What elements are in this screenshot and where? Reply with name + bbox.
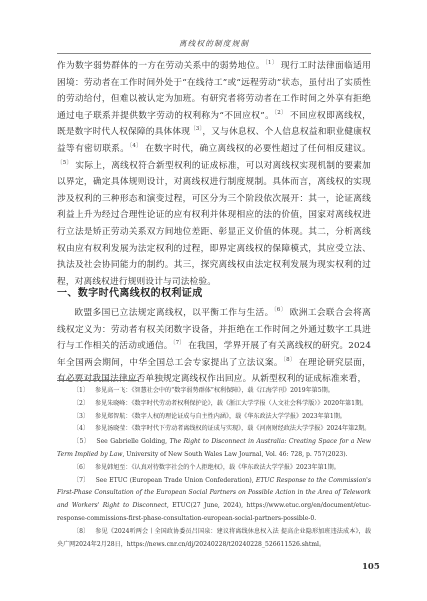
running-head-title: 离线权的制度规制 (57, 38, 371, 49)
footnote-ref[interactable]: 〔7〕 (173, 340, 185, 346)
header-rule (57, 53, 371, 54)
footnote-number: 〔4〕 (73, 425, 89, 432)
paper-page: 离线权的制度规制 作为数字弱势群体的一方在劳动关系中的弱势地位。〔1〕 现行工时… (0, 0, 427, 601)
footnote-number: 〔8〕 (73, 528, 89, 535)
footnote-ref[interactable]: 〔5〕 (57, 160, 72, 166)
body-text-section: 欧盟多国已立法规定离线权，以平衡工作与生活。〔6〕 欧洲工会联合会将离线权定义为… (57, 305, 371, 388)
footnote-ref[interactable]: 〔2〕 (274, 110, 287, 116)
footnote-number: 〔6〕 (73, 464, 89, 471)
footnote-item: 〔8〕参见《2024听两会丨全国政协委员吕国泉：建议将离线休息权入法 提高企业隐… (57, 526, 371, 552)
paragraph: 欧盟多国已立法规定离线权，以平衡工作与生活。〔6〕 欧洲工会联合会将离线权定义为… (57, 305, 371, 388)
footnote-ref[interactable]: 〔1〕 (265, 60, 278, 66)
footnote-number: 〔1〕 (73, 387, 89, 394)
footnote-number: 〔2〕 (73, 400, 89, 407)
footnote-ref[interactable]: 〔4〕 (129, 143, 142, 149)
section-title: 一、数字时代离线权的权利证成 (57, 284, 203, 299)
body-text-top: 作为数字弱势群体的一方在劳动关系中的弱势地位。〔1〕 现行工时法律面临适用困境：… (57, 58, 371, 290)
footnote-number: 〔7〕 (73, 477, 90, 484)
footnote-item: 〔2〕参见朱晓峰：《数字时代劳动者权利保护论》，载《浙江大学学报（人文社会科学版… (57, 398, 371, 411)
footnote-item: 〔4〕参见汤晓莹：《数字时代下劳动者离线权的证成与实现》，载《河南财经政法大学学… (57, 423, 371, 436)
footnote-item: 〔1〕参见高一飞：《智慧社会中的“数字弱势群体”权利保障》，载《江海学刊》201… (57, 385, 371, 398)
footnote-item: 〔6〕参见韩旭至：《认真对待数字社会的个人拒绝权》，载《华东政法大学学报》202… (57, 462, 371, 475)
footnote-number: 〔3〕 (73, 413, 89, 420)
paragraph: 作为数字弱势群体的一方在劳动关系中的弱势地位。〔1〕 现行工时法律面临适用困境：… (57, 58, 371, 290)
footnote-item: 〔7〕See ETUC (European Trade Union Confed… (57, 475, 371, 526)
footnote-ref[interactable]: 〔6〕 (274, 307, 287, 313)
footnote-item: 〔5〕See Gabrielle Golding, The Right to D… (57, 436, 371, 462)
footnote-number: 〔5〕 (73, 438, 91, 445)
footnote-item: 〔3〕参见郑智航：《数字人权的理论证成与自主性内涵》，载《华东政法大学学报》20… (57, 411, 371, 424)
footnote-ref[interactable]: 〔8〕 (283, 357, 296, 363)
footnote-rule (57, 380, 139, 381)
page-number: 105 (362, 562, 380, 572)
footnotes: 〔1〕参见高一飞：《智慧社会中的“数字弱势群体”权利保障》，载《江海学刊》201… (57, 385, 371, 551)
footnote-ref[interactable]: 〔3〕 (190, 126, 202, 132)
